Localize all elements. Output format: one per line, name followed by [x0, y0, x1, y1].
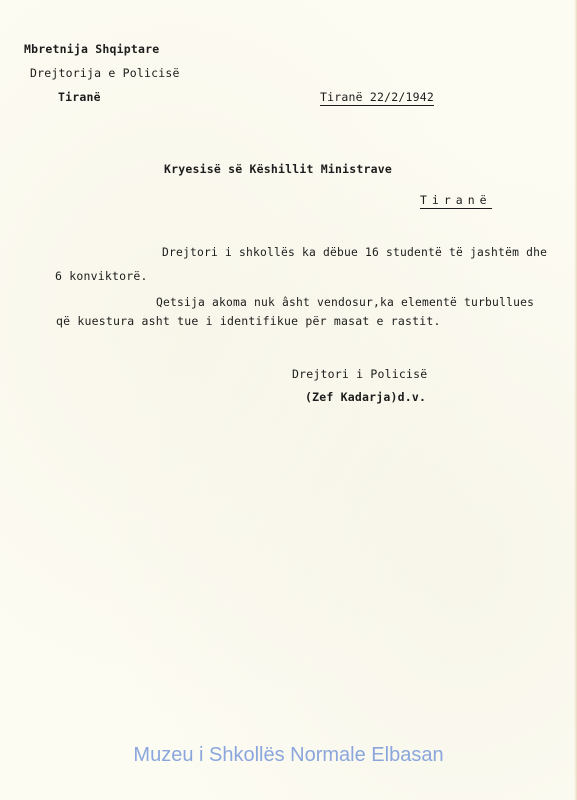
signature-title: Drejtori i Policisë	[292, 367, 427, 381]
paragraph-2-line-2: që kuestura asht tue i identifikue për m…	[56, 314, 441, 328]
document-page	[0, 0, 577, 800]
recipient-name: Kryesisë së Këshillit Ministrave	[164, 162, 392, 176]
paragraph-1-line-2: 6 konviktorë.	[55, 269, 148, 283]
letterhead-city: Tiranë	[58, 90, 101, 104]
date-line: Tiranë 22/2/1942	[320, 90, 434, 106]
recipient-city: Tiranë	[420, 193, 492, 209]
letterhead-kingdom: Mbretnija Shqiptare	[24, 42, 159, 56]
paragraph-2-line-1: Qetsija akoma nuk âsht vendosur,ka eleme…	[156, 296, 534, 310]
museum-watermark: Muzeu i Shkollës Normale Elbasan	[0, 744, 577, 767]
paragraph-1-line-1: Drejtori i shkollës ka dëbue 16 studentë…	[162, 246, 547, 260]
signature-name: (Zef Kadarja)d.v.	[305, 390, 426, 404]
letterhead-department: Drejtorija e Policisë	[30, 66, 180, 80]
